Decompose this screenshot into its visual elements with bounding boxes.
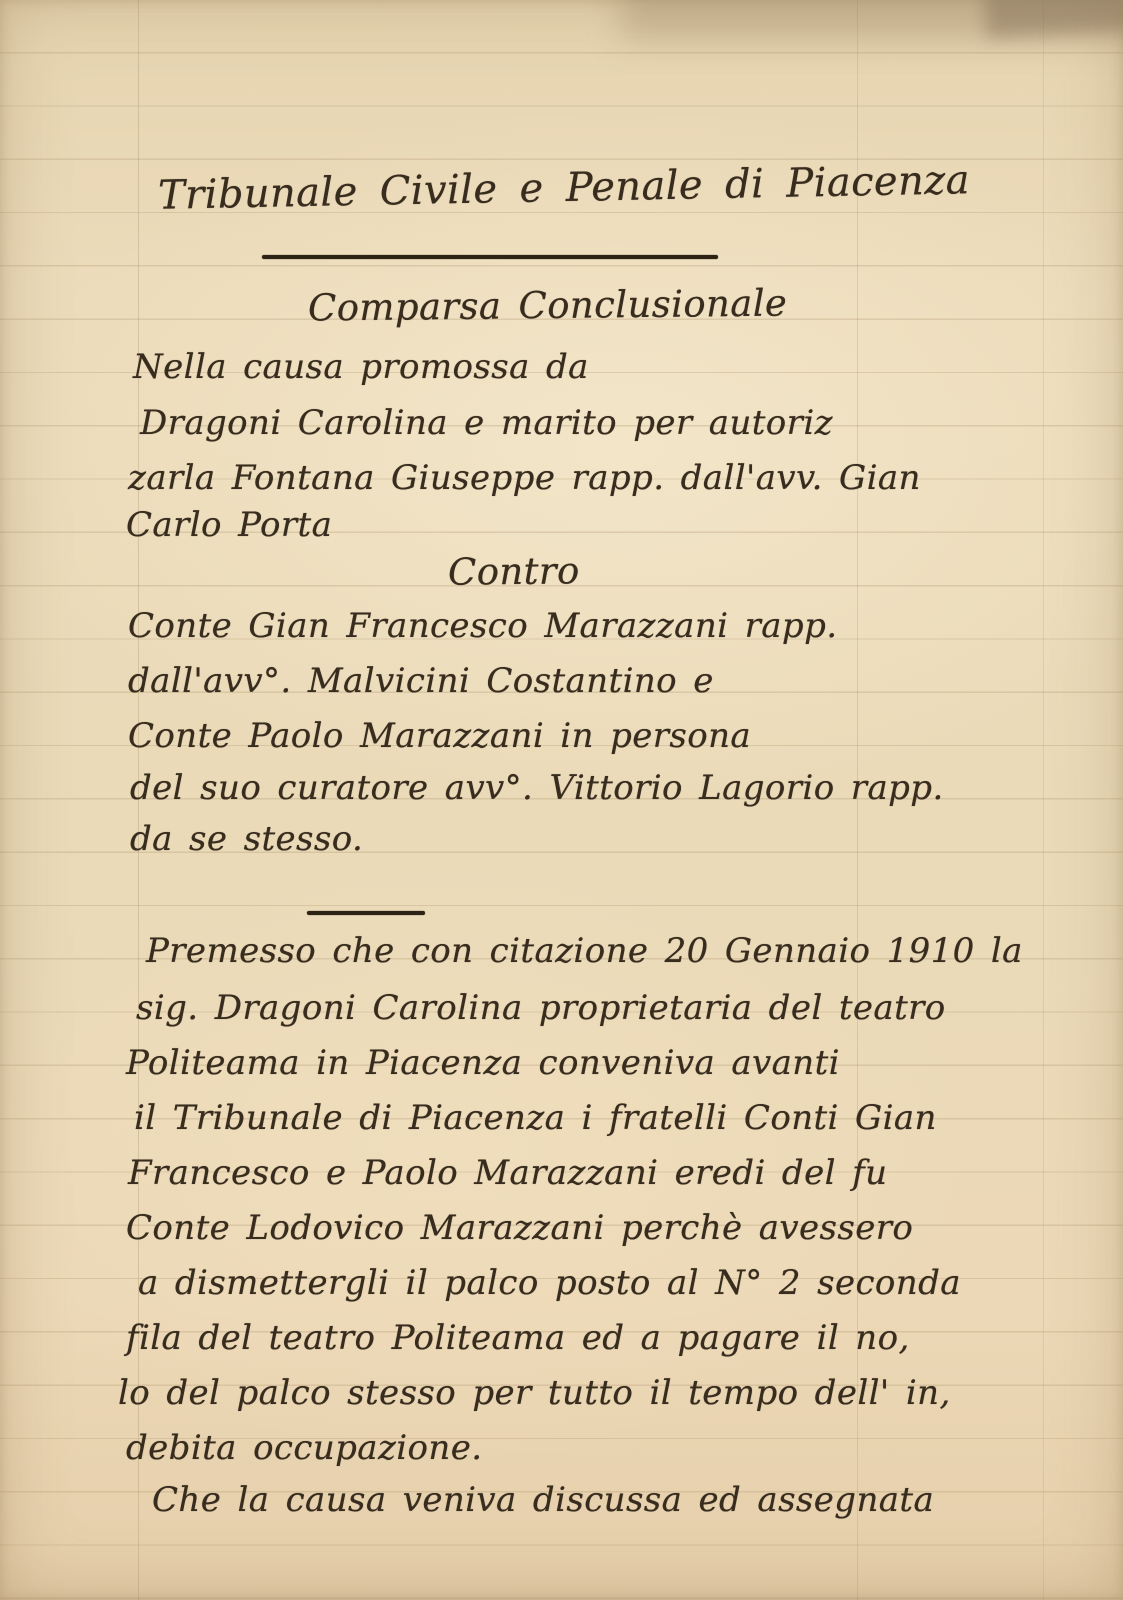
body-line: Francesco e Paolo Marazzani eredi del fu	[128, 1156, 887, 1190]
plaintiff-line: Dragoni Carolina e marito per autoriz	[140, 406, 833, 440]
defendant-line: Conte Paolo Marazzani in persona	[128, 719, 751, 753]
manuscript-page: Tribunale Civile e Penale di Piacenza Co…	[0, 0, 1123, 1600]
body-line: fila del teatro Politeama ed a pagare il…	[126, 1321, 910, 1355]
body-line: Conte Lodovico Marazzani perchè avessero	[126, 1211, 913, 1245]
body-line: lo del palco stesso per tutto il tempo d…	[118, 1376, 951, 1410]
intro-line: Nella causa promossa da	[133, 350, 589, 384]
court-title: Tribunale Civile e Penale di Piacenza	[158, 160, 971, 216]
top-right-corner-smudge	[984, 0, 1123, 38]
title-underline-rule	[262, 255, 718, 259]
defendant-line: Conte Gian Francesco Marazzani rapp.	[128, 609, 837, 643]
plaintiff-line: zarla Fontana Giuseppe rapp. dall'avv. G…	[128, 461, 921, 495]
right-edge-line	[1043, 0, 1044, 1600]
plaintiff-line: Carlo Porta	[126, 508, 332, 542]
body-line: il Tribunale di Piacenza i fratelli Cont…	[134, 1101, 937, 1135]
body-line: Premesso che con citazione 20 Gennaio 19…	[146, 934, 1023, 968]
body-line: Politeama in Piacenza conveniva avanti	[126, 1046, 840, 1080]
defendant-line: del suo curatore avv°. Vittorio Lagorio …	[130, 771, 944, 805]
body-line: debita occupazione.	[126, 1431, 482, 1465]
versus-label: Contro	[448, 552, 580, 590]
body-line: sig. Dragoni Carolina proprietaria del t…	[136, 991, 946, 1025]
defendant-line: dall'avv°. Malvicini Costantino e	[128, 664, 714, 698]
defendant-line: da se stesso.	[130, 822, 363, 856]
section-divider-rule	[307, 911, 425, 915]
body-line: Che la causa veniva discussa ed assegnat…	[152, 1483, 934, 1517]
top-edge-shadow	[620, 0, 1123, 40]
body-line: a dismettergli il palco posto al N° 2 se…	[138, 1266, 961, 1300]
doc-type-heading: Comparsa Conclusionale	[308, 284, 788, 326]
